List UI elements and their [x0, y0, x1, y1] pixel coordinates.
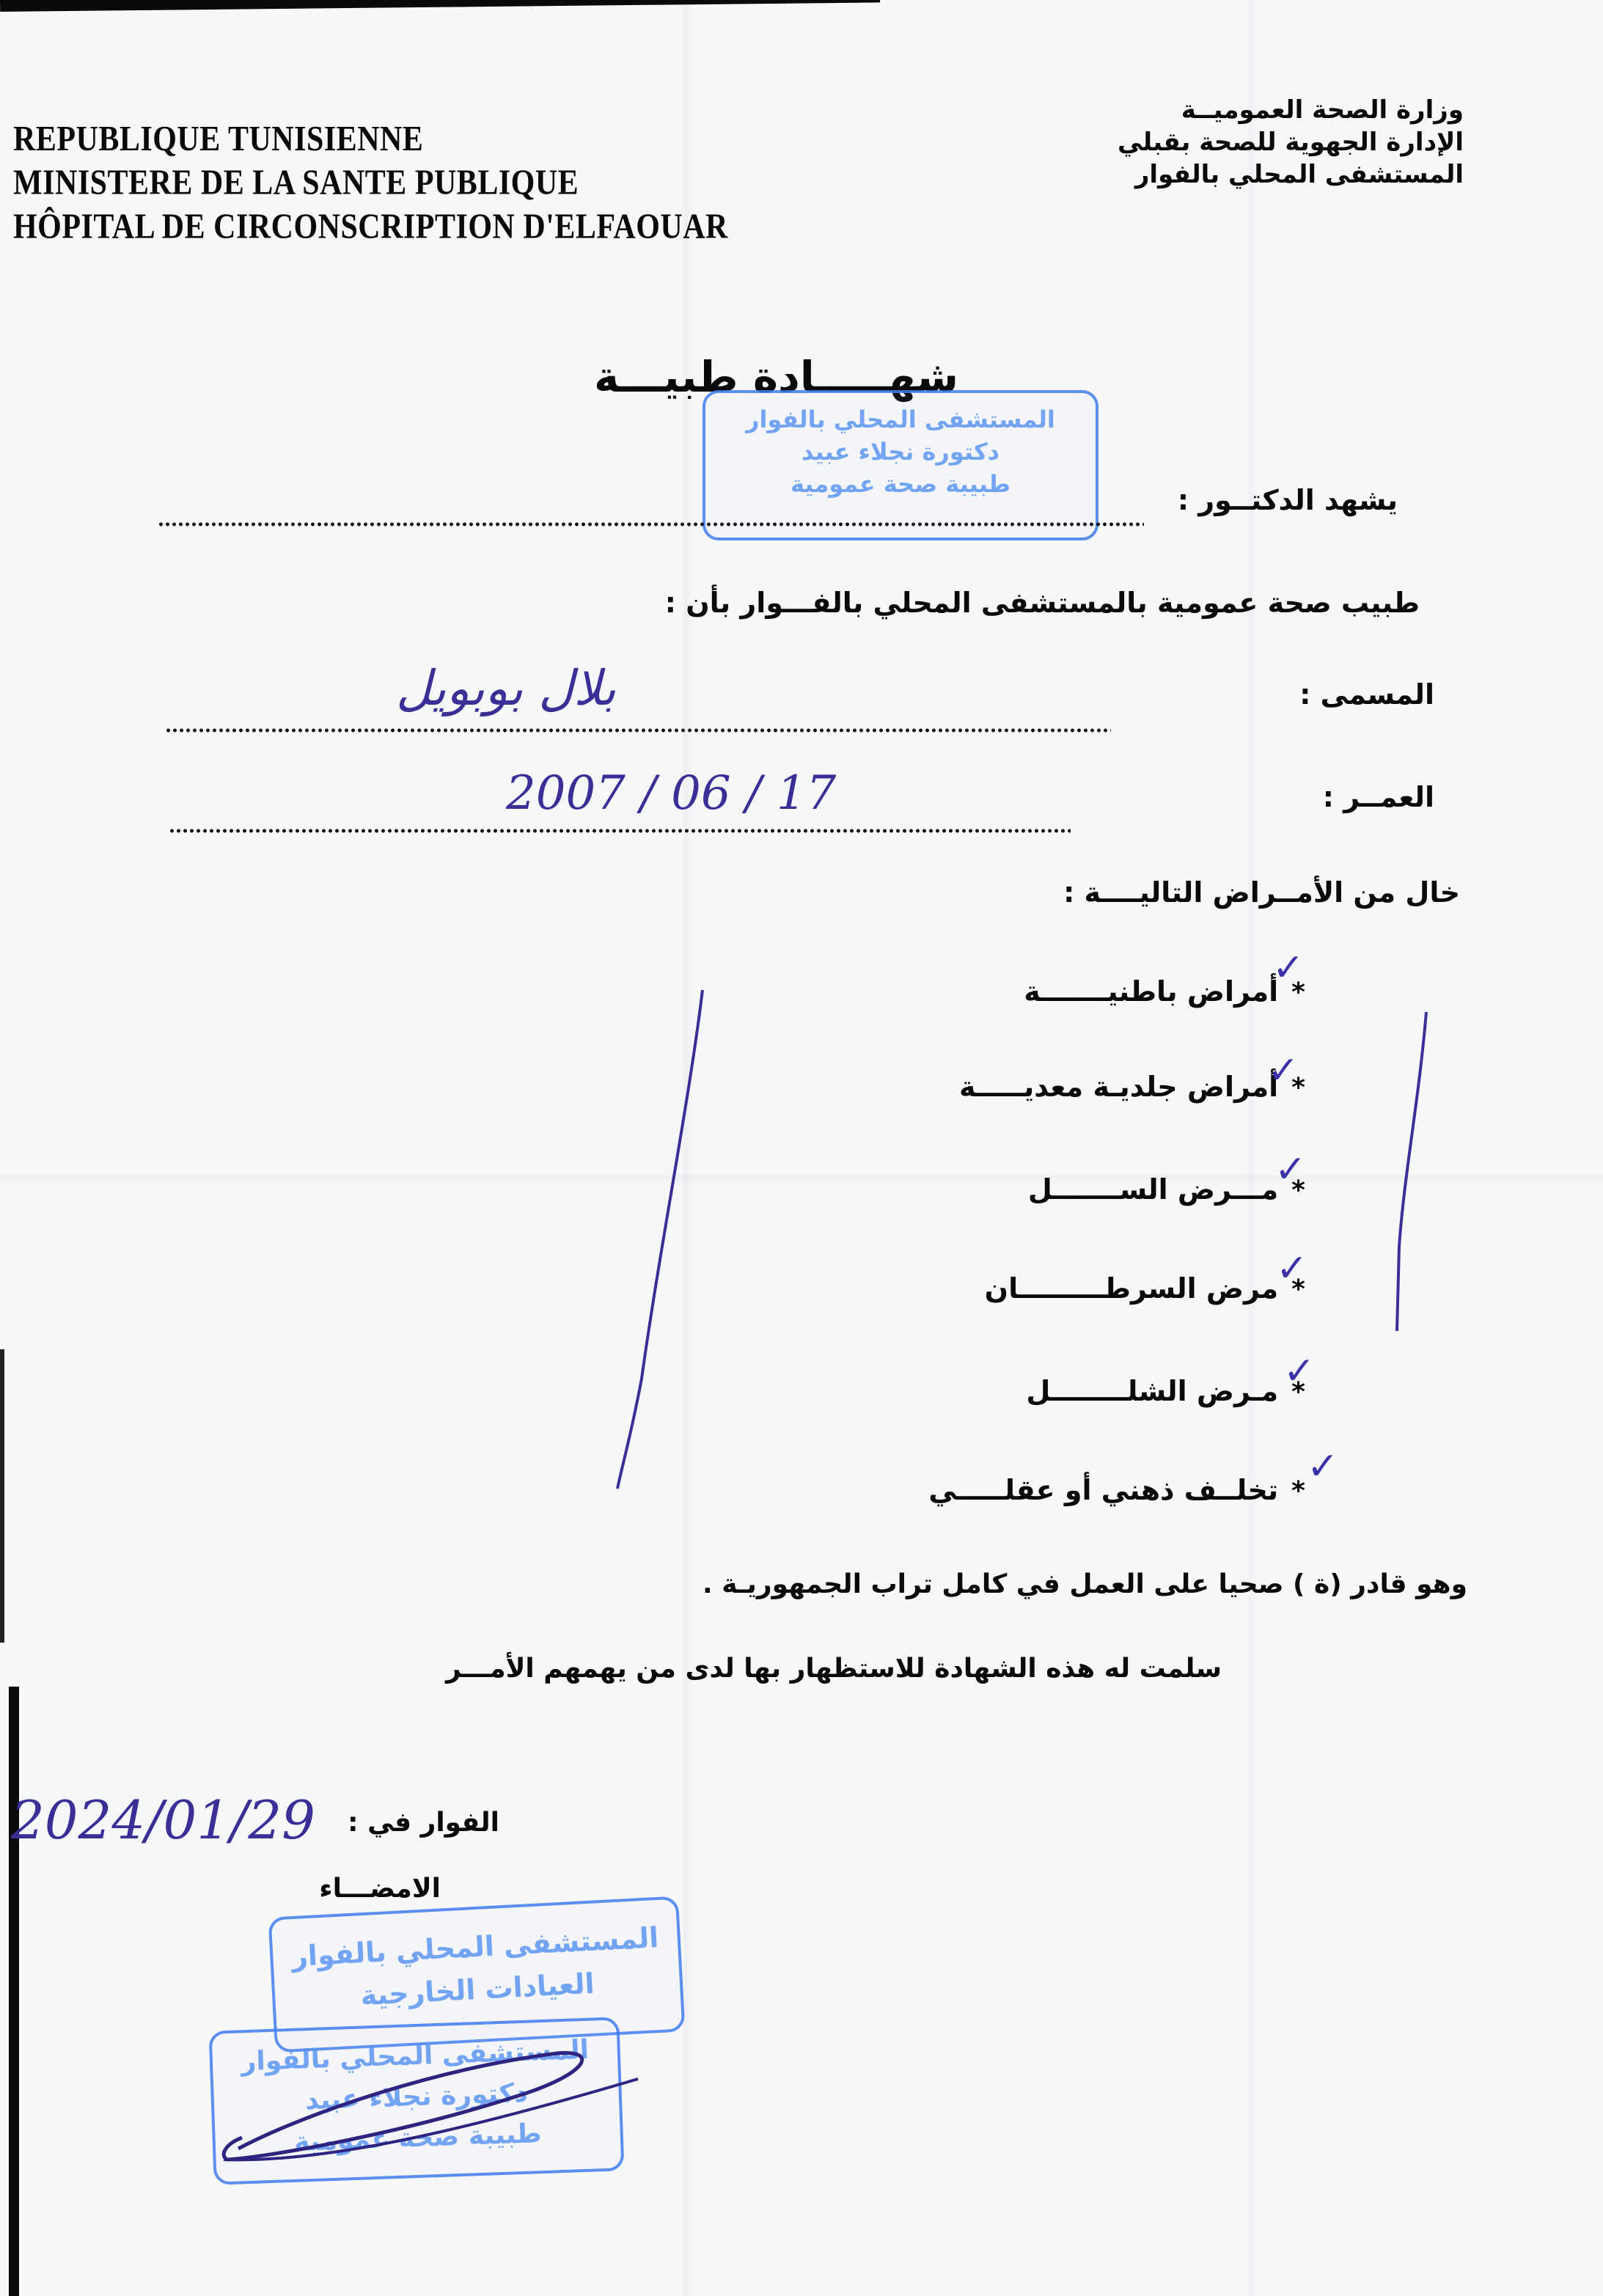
signature-scribble: [0, 0, 1603, 2296]
